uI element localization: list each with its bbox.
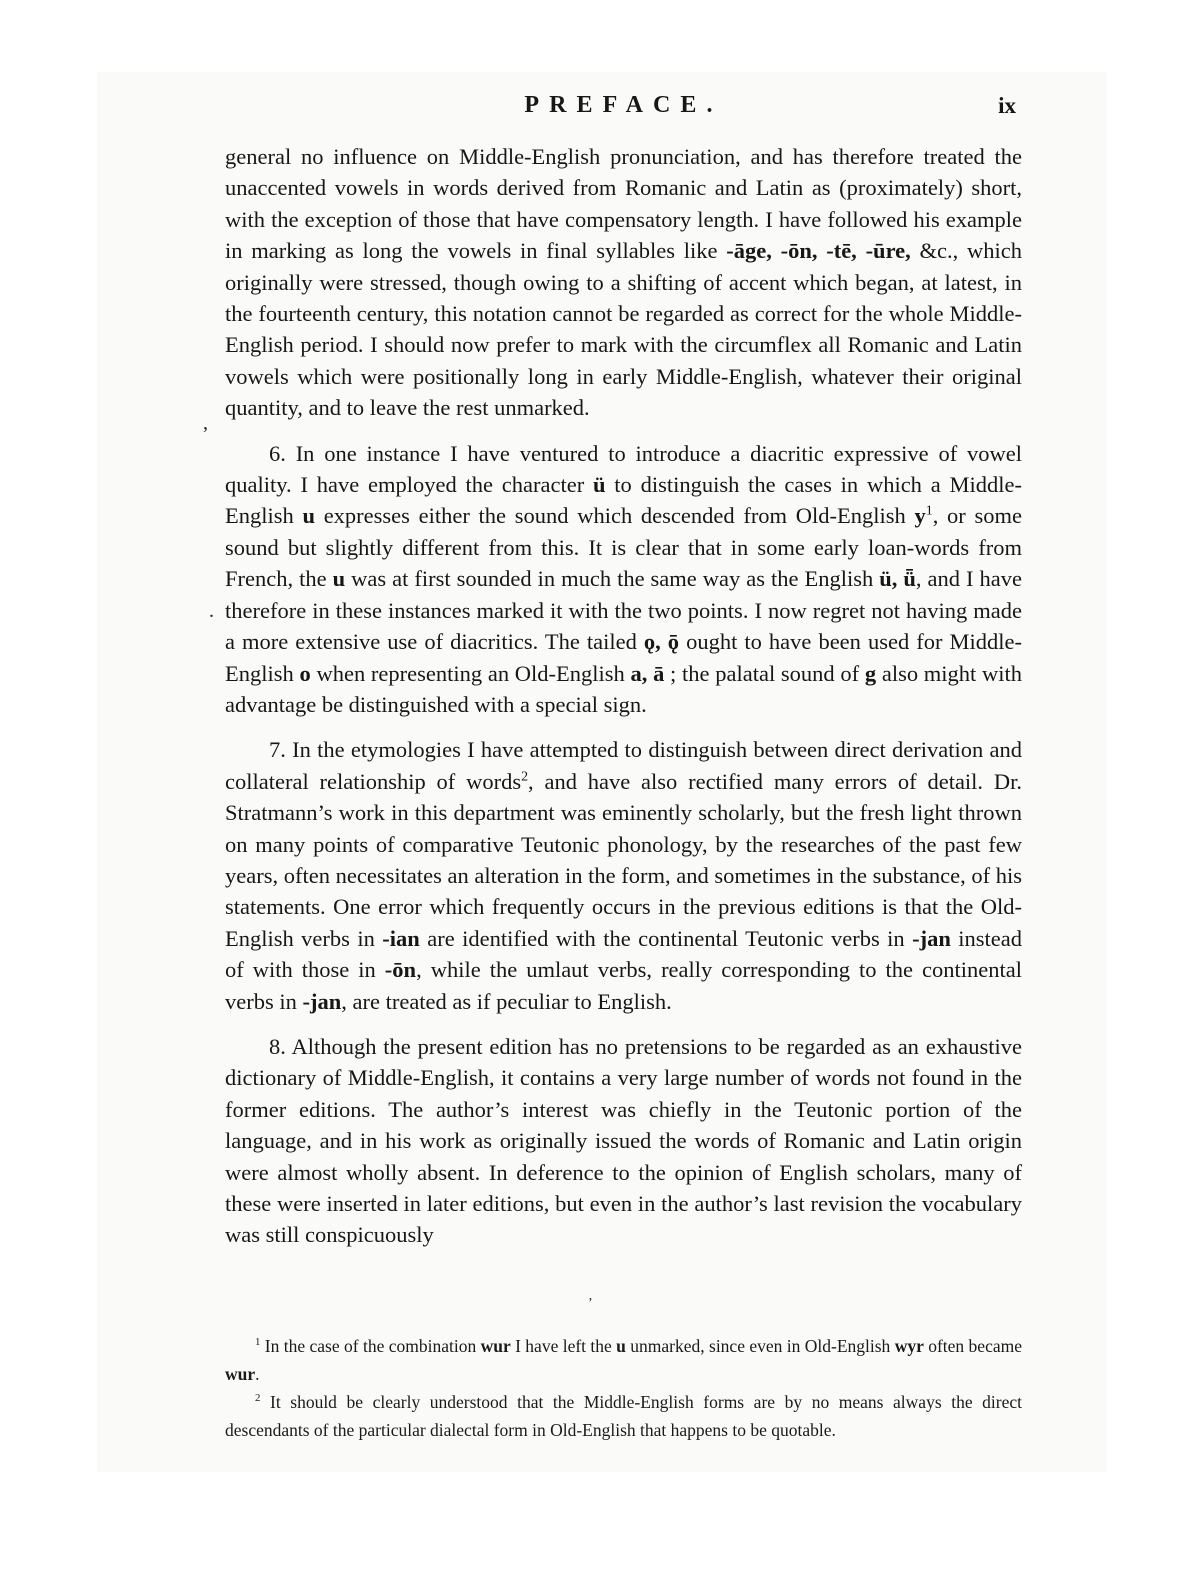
scan-artifact: .	[209, 600, 214, 623]
page-title: PREFACE.	[225, 92, 1022, 119]
footnotes: 1 In the case of the combination wur I h…	[225, 1332, 1022, 1444]
scan-artifact: ’	[588, 1296, 593, 1312]
paragraph-7: 7. In the etymologies I have attempted t…	[225, 734, 1022, 1017]
page-header: PREFACE. ix	[225, 92, 1022, 126]
footnote-1: 1 In the case of the combination wur I h…	[225, 1332, 1022, 1388]
paragraph-6: 6. In one instance I have ventured to in…	[225, 438, 1022, 721]
body-text: general no influence on Middle-English p…	[225, 141, 1022, 1251]
paragraph-continuation: general no influence on Middle-English p…	[225, 141, 1022, 424]
page-number: ix	[998, 93, 1016, 119]
paragraph-8: 8. Although the present edition has no p…	[225, 1031, 1022, 1251]
scan-artifact: ,	[203, 412, 208, 435]
footnote-2: 2 It should be clearly understood that t…	[225, 1388, 1022, 1444]
